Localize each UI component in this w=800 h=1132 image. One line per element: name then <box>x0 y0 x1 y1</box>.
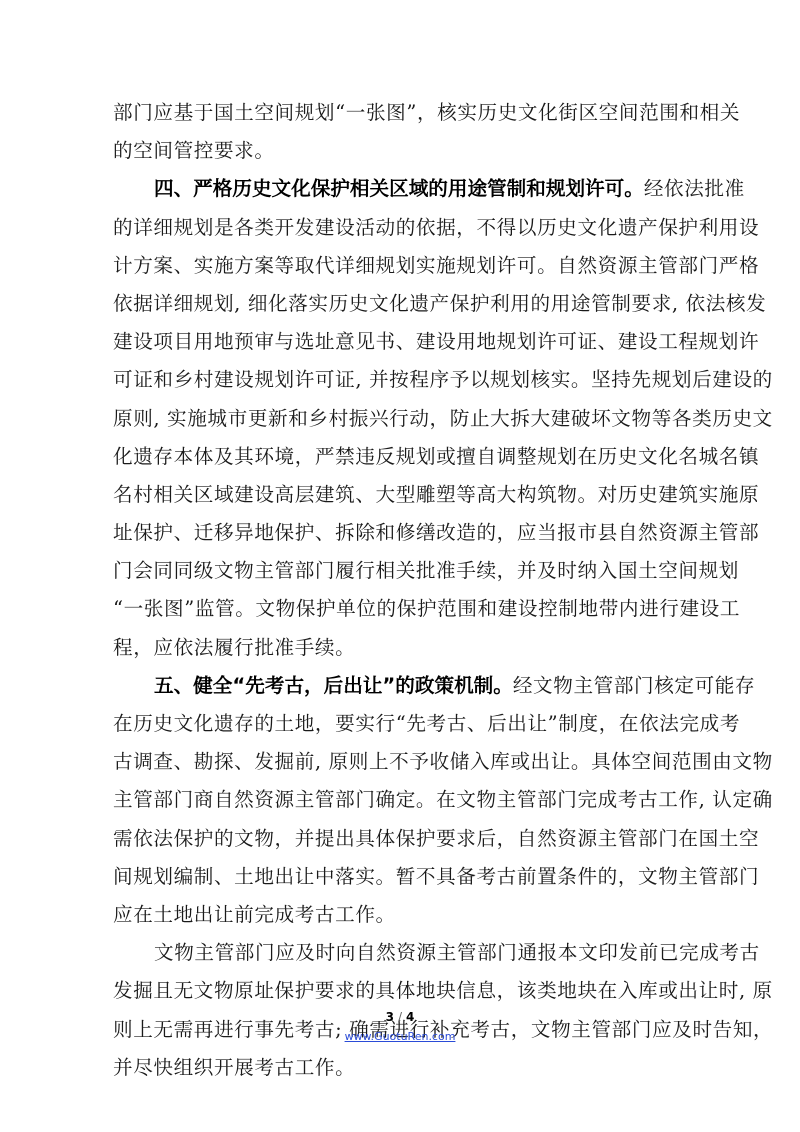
text-line: 间规划编制、土地出让中落实。暂不具备考古前置条件的，文物主管部门 <box>113 858 693 896</box>
text-line: 计方案、实施方案等取代详细规划实施规划许可。自然资源主管部门严格 <box>113 247 693 285</box>
text-line: “一张图”监管。文物保护单位的保护范围和建设控制地带内进行建设工 <box>113 590 693 628</box>
section-4-heading: 四、严格历史文化保护相关区域的用途管制和规划许可。 <box>154 177 644 200</box>
text-line: 建设项目用地预审与选址意见书、建设用地规划许可证、建设工程规划许 <box>113 323 693 361</box>
website-link[interactable]: www.GuotuRen.com <box>0 1030 800 1043</box>
text-line: 需依法保护的文物，并提出具体保护要求后，自然资源主管部门在国土空 <box>113 820 693 858</box>
text-span: 经依法批准 <box>644 177 745 200</box>
text-line: 可证和乡村建设规划许可证, 并按程序予以规划核实。坚持先规划后建设的 <box>113 361 693 399</box>
current-page: 3 <box>386 1010 394 1024</box>
text-line: 依据详细规划, 细化落实历史文化遗产保护利用的用途管制要求, 依法核发 <box>113 285 693 323</box>
text-span: 经文物主管部门核定可能存 <box>513 674 755 697</box>
section-5-heading: 五、健全“先考古，后出让”的政策机制。 <box>154 674 513 697</box>
text-line: 并尽快组织开展考古工作。 <box>113 1049 693 1087</box>
text-line: 的详细规划是各类开发建设活动的依据，不得以历史文化遗产保护利用设 <box>113 209 693 247</box>
text-line: 主管部门商自然资源主管部门确定。在文物主管部门完成考古工作, 认定确 <box>113 781 693 819</box>
document-page: 部门应基于国土空间规划“一张图”，核实历史文化街区空间范围和相关 的空间管控要求… <box>0 0 800 1132</box>
text-line: 部门应基于国土空间规划“一张图”，核实历史文化街区空间范围和相关 <box>113 94 693 132</box>
text-line: 文物主管部门应及时向自然资源主管部门通报本文印发前已完成考古 <box>113 934 693 972</box>
text-line: 程，应依法履行批准手续。 <box>113 629 693 667</box>
page-number: 3/4 <box>0 1010 800 1024</box>
text-line: 化遗存本体及其环境，严禁违反规划或擅自调整规划在历史文化名城名镇 <box>113 438 693 476</box>
text-line: 址保护、迁移异地保护、拆除和修缮改造的，应当报市县自然资源主管部 <box>113 514 693 552</box>
page-separator: / <box>398 1010 402 1024</box>
text-line: 名村相关区域建设高层建筑、大型雕塑等高大构筑物。对历史建筑实施原 <box>113 476 693 514</box>
text-line: 在历史文化遗存的土地，要实行“先考古、后出让”制度，在依法完成考 <box>113 705 693 743</box>
total-pages: 4 <box>406 1010 414 1024</box>
text-line: 古调查、勘探、发掘前, 原则上不予收储入库或出让。具体空间范围由文物 <box>113 743 693 781</box>
text-line: 门会同同级文物主管部门履行相关批准手续，并及时纳入国土空间规划 <box>113 552 693 590</box>
section-5-first-line: 五、健全“先考古，后出让”的政策机制。经文物主管部门核定可能存 <box>113 667 693 705</box>
text-line: 的空间管控要求。 <box>113 132 693 170</box>
text-line: 原则, 实施城市更新和乡村振兴行动，防止大拆大建破坏文物等各类历史文 <box>113 400 693 438</box>
text-line: 应在土地出让前完成考古工作。 <box>113 896 693 934</box>
document-body: 部门应基于国土空间规划“一张图”，核实历史文化街区空间范围和相关 的空间管控要求… <box>113 94 693 1087</box>
text-line: 发掘且无文物原址保护要求的具体地块信息，该类地块在入库或出让时, 原 <box>113 972 693 1010</box>
section-4-first-line: 四、严格历史文化保护相关区域的用途管制和规划许可。经依法批准 <box>113 170 693 208</box>
